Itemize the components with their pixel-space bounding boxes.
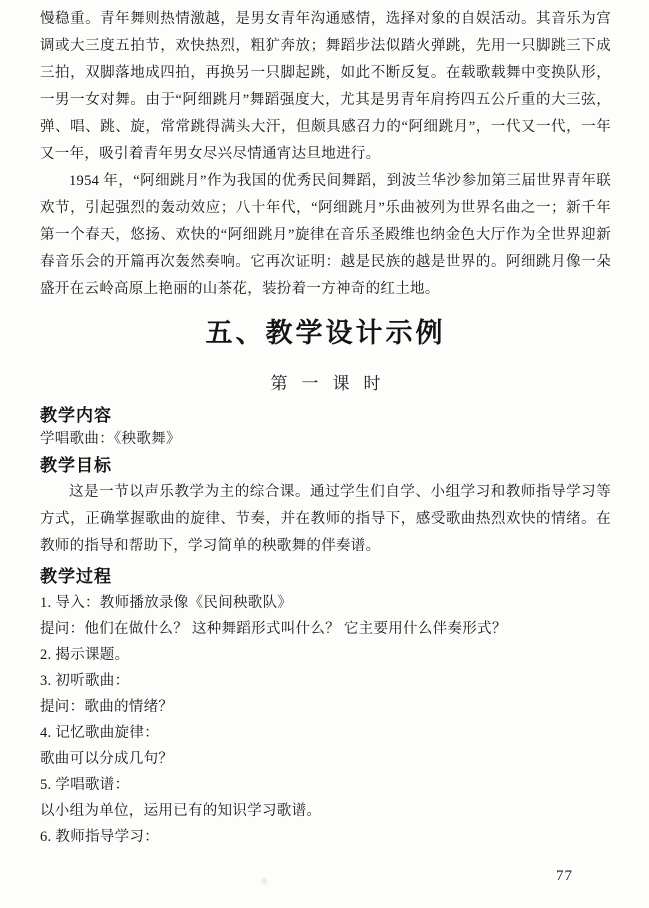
process-question: 提问：他们在做什么？ 这种舞蹈形式叫什么？ 它主要用什么伴奏形式？ [40, 616, 611, 642]
heading-teaching-content: 教学内容 [40, 405, 611, 427]
scan-artifact [262, 878, 267, 884]
process-step: 5. 学唱歌谱： [40, 772, 611, 798]
process-step: 3. 初听歌曲： [40, 668, 611, 694]
teaching-content-body: 学唱歌曲：《秧歌舞》 [40, 427, 611, 451]
teaching-goal-body: 这是一节以声乐教学为主的综合课。通过学生们自学、小组学习和教师指导学习等方式，正… [40, 479, 611, 560]
scanned-page: 慢稳重。青年舞则热情激越，是男女青年沟通感情，选择对象的自娱活动。其音乐为宫调或… [0, 0, 649, 908]
teaching-process-list: 1. 导入：教师播放录像《民间秧歌队》 提问：他们在做什么？ 这种舞蹈形式叫什么… [40, 590, 611, 850]
process-step: 6. 教师指导学习： [40, 824, 611, 850]
process-step: 1. 导入：教师播放录像《民间秧歌队》 [40, 590, 611, 616]
page-number: 77 [556, 868, 573, 885]
process-step: 2. 揭示课题。 [40, 642, 611, 668]
intro-paragraph-history: 1954 年，“阿细跳月”作为我国的优秀民间舞蹈，到波兰华沙参加第三届世界青年联… [40, 168, 611, 303]
process-note: 以小组为单位，运用已有的知识学习歌谱。 [40, 798, 611, 824]
process-step: 4. 记忆歌曲旋律： [40, 720, 611, 746]
heading-teaching-goal: 教学目标 [40, 455, 611, 477]
process-question: 提问：歌曲的情绪？ [40, 694, 611, 720]
lesson-title: 第一课时 [40, 369, 611, 391]
intro-paragraph-continued: 慢稳重。青年舞则热情激越，是男女青年沟通感情，选择对象的自娱活动。其音乐为宫调或… [40, 6, 611, 168]
section-title: 五、教学设计示例 [40, 311, 611, 343]
process-question: 歌曲可以分成几句？ [40, 746, 611, 772]
heading-teaching-process: 教学过程 [40, 566, 611, 588]
